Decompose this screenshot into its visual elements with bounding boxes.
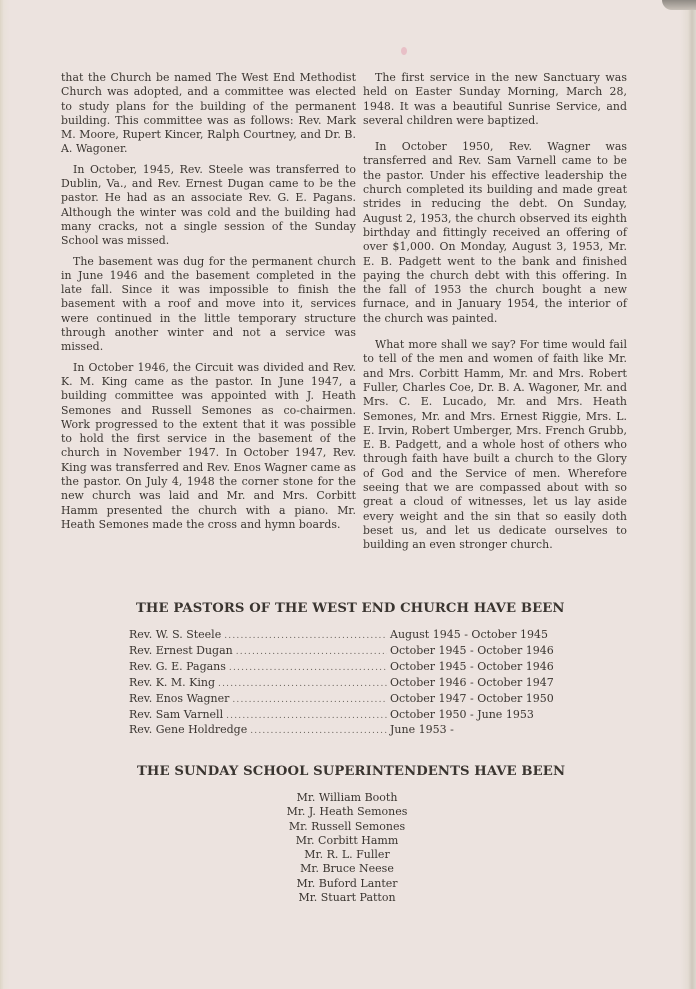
pastor-dates: October 1945 - October 1946 [390,644,566,658]
pastor-row: Rev. W. S. Steele August 1945 - October … [129,628,566,644]
pastor-name: Rev. Enos Wagner [129,692,229,706]
superintendents-section: THE SUNDAY SCHOOL SUPERINTENDENTS HAVE B… [137,764,557,905]
pastors-section: THE PASTORS OF THE WEST END CHURCH HAVE … [136,601,566,739]
pastor-name: Rev. Ernest Dugan [129,644,233,658]
pastor-name: Rev. W. S. Steele [129,628,221,642]
pastor-name: Rev. G. E. Pagans [129,660,226,674]
pastor-row: Rev. Gene Holdredge June 1953 - [129,723,566,739]
paragraph: What more shall we say? For time would f… [363,338,627,552]
pastor-dates: October 1945 - October 1946 [390,660,566,674]
superintendent-name: Mr. Corbitt Hamm [137,834,557,848]
dot-leader [226,710,387,724]
superintendent-name: Mr. R. L. Fuller [137,848,557,862]
dot-leader [224,630,387,644]
paragraph: In October 1946, the Circuit was divided… [61,361,356,533]
right-text-column: The first service in the new Sanctuary w… [363,71,627,565]
pastor-row: Rev. Ernest Dugan October 1945 - October… [129,644,566,660]
pastor-name: Rev. Gene Holdredge [129,723,247,737]
pastor-dates: June 1953 - [390,723,566,737]
document-page: that the Church be named The West End Me… [0,0,696,989]
paragraph: The first service in the new Sanctuary w… [363,71,627,128]
superintendent-name: Mr. Bruce Neese [137,862,557,876]
ink-smudge [401,47,407,55]
pastor-list: Rev. W. S. Steele August 1945 - October … [129,628,566,739]
dot-leader [236,646,387,660]
pastor-name: Rev. K. M. King [129,676,215,690]
pastor-name: Rev. Sam Varnell [129,708,223,722]
paragraph: In October, 1945, Rev. Steele was transf… [61,163,356,249]
pastor-row: Rev. K. M. King October 1946 - October 1… [129,676,566,692]
pastor-dates: October 1947 - October 1950 [390,692,566,706]
superintendent-name: Mr. Stuart Patton [137,891,557,905]
dot-leader [229,662,387,676]
superintendent-name: Mr. Russell Semones [137,820,557,834]
paragraph: In October 1950, Rev. Wagner was transfe… [363,140,627,326]
superintendent-list: Mr. William Booth Mr. J. Heath Semones M… [137,791,557,905]
superintendents-heading: THE SUNDAY SCHOOL SUPERINTENDENTS HAVE B… [137,764,557,779]
page-curl [662,0,696,10]
pastor-dates: August 1945 - October 1945 [390,628,566,642]
superintendent-name: Mr. William Booth [137,791,557,805]
superintendent-name: Mr. Buford Lanter [137,877,557,891]
pastor-row: Rev. G. E. Pagans October 1945 - October… [129,660,566,676]
superintendent-name: Mr. J. Heath Semones [137,805,557,819]
pastor-dates: October 1950 - June 1953 [390,708,566,722]
paragraph: The basement was dug for the permanent c… [61,255,356,355]
pastor-row: Rev. Enos Wagner October 1947 - October … [129,692,566,708]
pastor-row: Rev. Sam Varnell October 1950 - June 195… [129,708,566,724]
dot-leader [250,725,387,739]
dot-leader [218,678,387,692]
pastors-heading: THE PASTORS OF THE WEST END CHURCH HAVE … [136,601,566,616]
paragraph: that the Church be named The West End Me… [61,71,356,157]
dot-leader [232,694,387,708]
left-text-column: that the Church be named The West End Me… [61,71,356,538]
pastor-dates: October 1946 - October 1947 [390,676,566,690]
